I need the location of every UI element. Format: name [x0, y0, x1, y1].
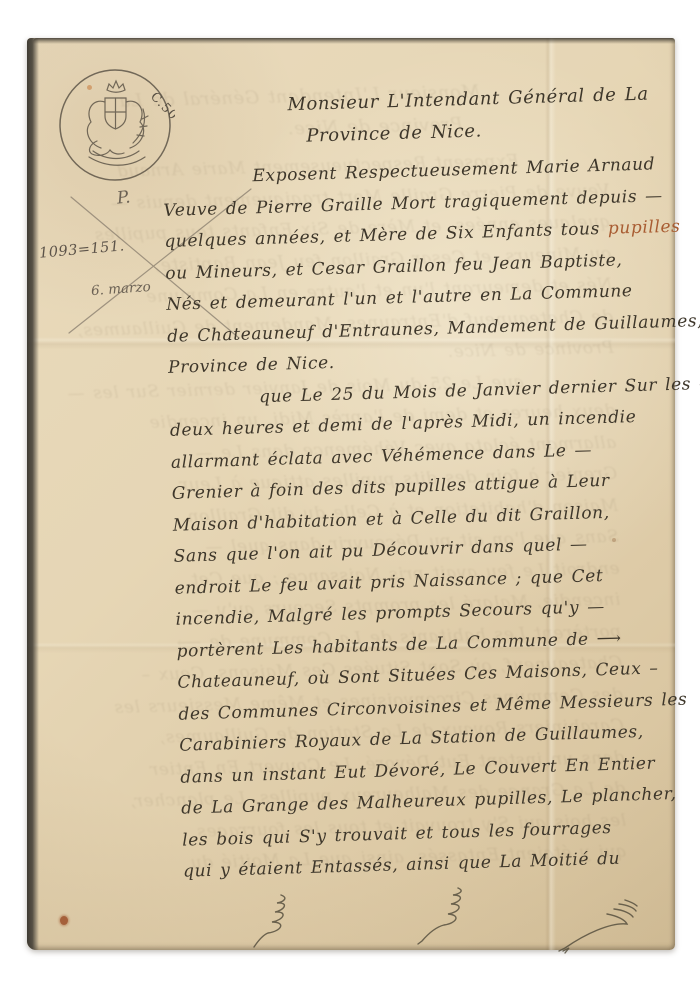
manuscript-line: allarmant éclata avec Véhémence dans Le … — [68, 427, 617, 473]
manuscript-line: qui y étaient Entassés, ainsi que La Moi… — [183, 840, 700, 888]
manuscript-line: dans un instant Eut Dévoré, Le Couvert E… — [76, 742, 625, 788]
manuscript-line: deux heures et demi de l'après Midi, un … — [67, 396, 616, 442]
manuscript-text: Veuve de Pierre Graille Mort tragiquemen… — [163, 186, 663, 221]
manuscript-text: Exposent Respectueusement Marie Arnaud — [116, 151, 519, 182]
paper-fold-creases — [27, 38, 675, 950]
manuscript-text: ou Mineurs, et Cesar Graillon feu Jean B… — [165, 250, 623, 284]
manuscript-line: Province de Nice. — [66, 333, 615, 379]
manuscript-line: Sans que l'on ait pu Découvrir dans quel… — [71, 522, 620, 568]
margin-p-mark: P. — [116, 187, 131, 208]
manuscript-text-block: Monsieur L'Intendant Général de LaProvin… — [160, 77, 700, 888]
manuscript-text: Nés et demeurant l'un et l'autre en La C… — [166, 281, 633, 315]
paraph-flourishes — [222, 858, 672, 978]
scan-background: C.50 P. 1093=151. 6. marzo Monsieur L'In… — [0, 0, 700, 990]
manuscript-text: allarmant éclata avec Véhémence dans Le … — [171, 440, 593, 472]
manuscript-text: de La Grange des Malheureux pupilles, Le… — [130, 779, 626, 812]
manuscript-text: Exposent Respectueusement Marie Arnaud — [252, 154, 655, 186]
manuscript-text: de Chateauneuf d'Entraunes, Mandement de… — [77, 306, 613, 340]
manuscript-line: des Communes Circonvoisines et Même Mess… — [178, 683, 700, 731]
manuscript-line: Grenier à foin des dits pupilles attigue… — [171, 463, 700, 511]
manuscript-line: Nés et demeurant l'un et l'autre en La C… — [166, 274, 700, 322]
manuscript-text: Sans que l'on ait pu Découvrir dans quel… — [173, 535, 587, 567]
manuscript-line: Veuve de Pierre Graille Mort tragiquemen… — [61, 175, 610, 221]
manuscript-text: Nés et demeurant l'un et l'autre en La C… — [146, 275, 613, 307]
manuscript-line: Exposent Respectueusement Marie Arnaud — [252, 148, 700, 193]
manuscript-text: Chateauneuf, où Sont Situées Ces Maisons… — [141, 653, 623, 686]
manuscript-line: qui y étaient Entassés, ainsi que La Moi… — [79, 837, 628, 883]
manuscript-text: Grenier à foin des dits pupilles attigue… — [172, 471, 610, 504]
manuscript-line: ou Mineurs, et Cesar Graillon feu Jean B… — [165, 242, 700, 290]
manuscript-text: Carabiniers Royaux de La Station de Guil… — [159, 716, 624, 748]
manuscript-line: Grenier à foin des dits pupilles attigue… — [69, 459, 618, 505]
manuscript-line: quelques années, et Mère de Six Enfants … — [164, 211, 700, 259]
manuscript-line: Chateauneuf, où Sont Situées Ces Maisons… — [177, 651, 700, 699]
manuscript-text: Carabiniers Royaux de La Station de Guil… — [179, 722, 644, 756]
manuscript-line: Carabiniers Royaux de La Station de Guil… — [75, 711, 624, 757]
manuscript-text: Maison d'habitation et à Celle du dit Gr… — [173, 502, 610, 535]
manuscript-line: les bois qui S'y trouvait et tous les fo… — [182, 809, 700, 857]
manuscript-line: quelques années, et Mère de Six Enfants … — [62, 207, 611, 253]
manuscript-text: quelques années, et Mère de Six Enfants … — [164, 219, 608, 252]
manuscript-line: de La Grange des Malheureux pupilles, Le… — [181, 777, 700, 825]
manuscript-text: de Chateauneuf d'Entraunes, Mandement de… — [167, 310, 700, 346]
manuscript-text: incendie, Malgré les prompts Secours qu'… — [191, 590, 621, 621]
foxing-stain — [60, 916, 68, 925]
manuscript-text: les bois qui S'y trouvait et tous les fo… — [182, 817, 612, 850]
manuscript-text: portèrent Les habitants de La Commune de… — [176, 621, 622, 653]
revenue-stamp: C.50 — [55, 65, 175, 185]
manuscript-line: de Chateauneuf d'Entraunes, Mandement de… — [167, 305, 700, 353]
foxing-stain — [612, 538, 616, 542]
cancel-cross — [39, 183, 264, 348]
manuscript-line: Sans que l'on ait pu Découvrir dans quel… — [173, 526, 700, 574]
manuscript-line: Carabiniers Royaux de La Station de Guil… — [179, 714, 700, 762]
manuscript-text: deux heures et demi de l'après Midi, un … — [149, 401, 616, 433]
stamp-value-label: C.50 — [148, 89, 175, 123]
document-page: C.50 P. 1093=151. 6. marzo Monsieur L'In… — [27, 38, 675, 950]
manuscript-text: les bois qui S'y trouvait et tous les fo… — [196, 810, 626, 841]
manuscript-text: Province de Nice. — [306, 120, 482, 146]
manuscript-text: Province de Nice. — [287, 113, 463, 139]
crown-icon — [107, 81, 125, 92]
manuscript-text: quelques années, et Mère de Six Enfants … — [167, 212, 611, 244]
manuscript-line: ou Mineurs, et Cesar Graillon feu Jean B… — [63, 238, 612, 284]
manuscript-line: Province de Nice. — [168, 337, 700, 385]
manuscript-line: Chateauneuf, où Sont Situées Ces Maisons… — [74, 648, 623, 694]
manuscript-line: Maison d'habitation et à Celle du dit Gr… — [172, 494, 700, 542]
manuscript-line: Province de Nice. — [60, 108, 464, 150]
manuscript-text: qui y étaient Entassés, ainsi que La Moi… — [183, 849, 621, 882]
margin-date-note: 6. marzo — [91, 279, 152, 299]
manuscript-text: portèrent Les habitants de La Commune de… — [176, 628, 622, 661]
manuscript-line: de Chateauneuf d'Entraunes, Mandement de… — [65, 301, 614, 347]
folio-number: 1093=151. — [38, 238, 125, 261]
manuscript-line: que Le 25 du Mois de Janvier dernier Sur… — [259, 368, 700, 413]
paper-left-edge — [27, 38, 39, 950]
manuscript-text: ou Mineurs, et Cesar Graillon feu Jean B… — [154, 243, 612, 275]
manuscript-line: Maison d'habitation et à Celle du dit Gr… — [70, 490, 619, 536]
manuscript-text: dans un instant Eut Dévoré, Le Couvert E… — [149, 747, 624, 779]
manuscript-text: incendie, Malgré les prompts Secours qu'… — [175, 597, 605, 630]
manuscript-text: Monsieur L'Intendant Général de La — [287, 84, 649, 116]
manuscript-line: allarmant éclata avec Véhémence dans Le … — [171, 431, 700, 479]
manuscript-line: portèrent Les habitants de La Commune de… — [176, 620, 700, 668]
paraph-flourish — [559, 900, 637, 953]
manuscript-text: Province de Nice. — [447, 338, 614, 362]
red-ink-word: pupilles — [608, 217, 681, 239]
manuscript-line: endroit Le feu avait pris Naissance ; qu… — [174, 557, 700, 605]
manuscript-line: Province de Nice. — [306, 108, 700, 151]
manuscript-text: des Communes Circonvoisines et Même Mess… — [114, 684, 623, 717]
manuscript-text: Province de Nice. — [168, 353, 335, 378]
manuscript-text: Maison d'habitation et à Celle du dit Gr… — [181, 495, 618, 526]
shield-icon — [105, 98, 126, 129]
manuscript-line: des Communes Circonvoisines et Même Mess… — [75, 679, 624, 725]
manuscript-text: des Communes Circonvoisines et Même Mess… — [178, 689, 687, 724]
manuscript-line: Exposent Respectueusement Marie Arnaud — [61, 146, 520, 189]
manuscript-line: endroit Le feu avait pris Naissance ; qu… — [71, 553, 620, 599]
verso-bleedthrough: Monsieur L'Intendant Général de LaProvin… — [59, 73, 628, 883]
manuscript-text: allarmant éclata avec Véhémence dans Le … — [195, 432, 617, 463]
manuscript-line: dans un instant Eut Dévoré, Le Couvert E… — [180, 746, 700, 794]
manuscript-text: Grenier à foin des dits pupilles attigue… — [179, 464, 617, 495]
paraph-flourish — [254, 895, 285, 947]
manuscript-line: que Le 25 du Mois de Janvier dernier Sur… — [66, 367, 525, 410]
manuscript-text: Monsieur L'Intendant Général de La — [118, 81, 480, 111]
manuscript-text: de La Grange des Malheureux pupilles, Le… — [181, 784, 677, 819]
manuscript-text: deux heures et demi de l'après Midi, un … — [170, 407, 637, 441]
manuscript-line: portèrent Les habitants de La Commune de… — [73, 616, 622, 662]
manuscript-line: incendie, Malgré les prompts Secours qu'… — [72, 585, 621, 631]
manuscript-line: Veuve de Pierre Graille Mort tragiquemen… — [163, 179, 700, 227]
manuscript-line: Monsieur L'Intendant Général de La — [287, 77, 700, 121]
manuscript-line: Monsieur L'Intendant Général de La — [59, 76, 481, 119]
paraph-flourish — [418, 888, 461, 944]
manuscript-text: endroit Le feu avait pris Naissance ; qu… — [191, 558, 620, 589]
manuscript-text: qui y étaient Entassés, ainsi que La Moi… — [190, 842, 628, 873]
manuscript-text: que Le 25 du Mois de Janvier dernier Sur… — [67, 372, 525, 404]
manuscript-line: de La Grange des Malheureux pupilles, Le… — [77, 774, 626, 820]
foxing-stain — [87, 85, 92, 90]
manuscript-text: endroit Le feu avait pris Naissance ; qu… — [174, 566, 603, 599]
stamp-border — [60, 70, 170, 180]
manuscript-line: les bois qui S'y trouvait et tous les fo… — [78, 805, 627, 851]
manuscript-text: dans un instant Eut Dévoré, Le Couvert E… — [180, 753, 656, 787]
manuscript-text: Veuve de Pierre Graille Mort tragiquemen… — [110, 180, 610, 213]
manuscript-text: Sans que l'on ait pu Découvrir dans quel… — [205, 527, 619, 558]
manuscript-text: que Le 25 du Mois de Janvier dernier Sur… — [259, 373, 700, 407]
paper-top-edge — [33, 38, 675, 44]
manuscript-text: Chateauneuf, où Sont Situées Ces Maisons… — [177, 658, 659, 692]
manuscript-line: deux heures et demi de l'après Midi, un … — [170, 400, 700, 448]
manuscript-line: incendie, Malgré les prompts Secours qu'… — [175, 589, 700, 637]
